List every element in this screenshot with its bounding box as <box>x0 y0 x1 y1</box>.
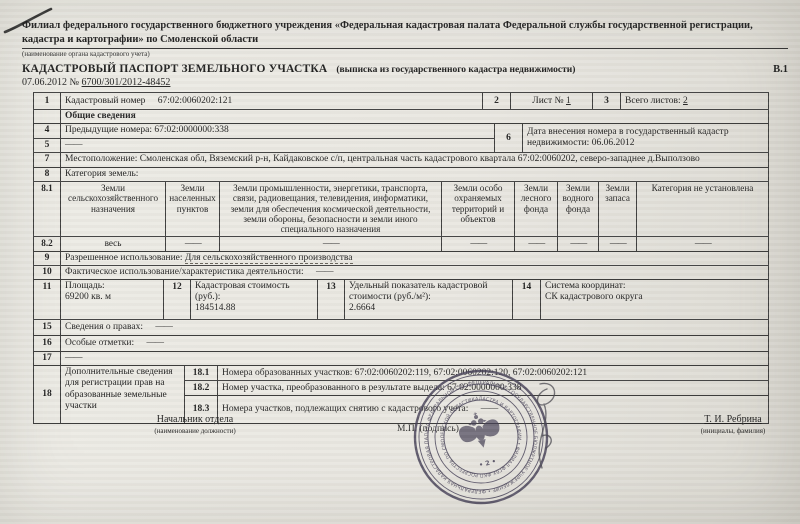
cadastral-number-cell: Кадастровый номер 67:02:0060202:121 <box>61 93 483 110</box>
cadastral-table-rows9-10: 9 Разрешенное использование: Для сельско… <box>33 251 769 280</box>
doc-number: 6700/301/2012-48452 <box>82 77 171 88</box>
row17-number: 17 <box>34 351 61 365</box>
category-val-industry: —— <box>220 236 442 251</box>
category-val-settlements: —— <box>166 236 220 251</box>
row8-number: 8 <box>34 167 61 181</box>
category-val-agricultural: весь <box>61 236 166 251</box>
coordinate-system-label: Система координат: <box>545 281 764 292</box>
row15-number: 15 <box>34 319 61 335</box>
row18-2-number: 18.2 <box>185 381 218 396</box>
land-category-label-cell: Категория земель: <box>61 167 769 181</box>
area-label: Площадь: <box>65 281 159 292</box>
category-val-protected: —— <box>442 236 515 251</box>
special-notes-cell: Особые отметки: —— <box>61 335 769 351</box>
actual-use-value: —— <box>316 267 332 277</box>
row5-empty-cell: —— <box>61 138 495 152</box>
stamp-center-number: • 2 • <box>478 457 497 469</box>
row8-1-number: 8.1 <box>34 182 61 236</box>
actual-use-label: Фактическое использование/характеристика… <box>65 267 304 277</box>
specific-value-label: Удельный показатель кадастровой стоимост… <box>349 281 508 303</box>
category-col-water: Земли водного фонда <box>558 182 599 236</box>
category-val-not-set: —— <box>637 236 769 251</box>
signature-mark <box>520 376 570 476</box>
row2-number-empty <box>34 110 61 124</box>
cadastral-table-rows15-17: 15 Сведения о правах: —— 16 Особые отмет… <box>33 319 769 366</box>
position-title: Начальник отдела <box>128 414 262 425</box>
row13-number: 13 <box>318 279 345 319</box>
sheet-cell: Лист № 1 <box>511 93 593 110</box>
coordinate-system-value: СК кадастрового округа <box>545 292 764 303</box>
cadastral-number-value: 67:02:0060202:121 <box>158 96 232 106</box>
special-notes-value: —— <box>147 338 163 348</box>
eagle-emblem <box>455 408 504 453</box>
total-sheets-cell: Всего листов: 2 <box>621 93 769 110</box>
category-col-industry: Земли промышленности, энергетики, трансп… <box>220 182 442 236</box>
row18-1-number: 18.1 <box>185 366 218 381</box>
specific-value-cell: Удельный показатель кадастровой стоимост… <box>345 279 513 319</box>
row5-number: 5 <box>34 138 61 152</box>
document-page: Филиал федерального государственного бюд… <box>0 0 800 524</box>
row1-number-3: 3 <box>593 93 621 110</box>
rights-info-cell: Сведения о правах: —— <box>61 319 769 335</box>
previous-numbers-cell: Предыдущие номера: 67:02:0000000:338 <box>61 124 495 138</box>
row12-number: 12 <box>164 279 191 319</box>
specific-value-amount: 2.6664 <box>349 303 508 314</box>
row6-number: 6 <box>495 124 523 152</box>
sheet-value: 1 <box>566 96 571 106</box>
category-col-agricultural: Земли сельскохозяйственного назначения <box>61 182 166 236</box>
row16-number: 16 <box>34 335 61 351</box>
registry-date-cell: Дата внесения номера в государственный к… <box>523 124 769 152</box>
total-sheets-value: 2 <box>683 96 688 106</box>
special-notes-label: Особые отметки: <box>65 338 134 348</box>
empty-dash: —— <box>65 140 81 150</box>
signatory-name: Т. И. Ребрина <box>670 414 796 425</box>
org-caption: (наименование органа кадастрового учета) <box>22 50 790 58</box>
row11-number: 11 <box>34 279 61 319</box>
row17-empty-cell: —— <box>61 351 769 365</box>
general-info-heading: Общие сведения <box>61 110 769 124</box>
category-val-forest: —— <box>515 236 558 251</box>
doc-date: 07.06.2012 № <box>22 77 79 88</box>
doc-date-line: 07.06.2012 № 6700/301/2012-48452 <box>22 77 790 88</box>
cadastral-table-row2: Общие сведения <box>33 109 769 124</box>
permitted-use-label: Разрешенное использование: <box>65 253 183 263</box>
cadastral-number-label: Кадастровый номер <box>65 96 145 106</box>
land-category-grid: 8.1 Земли сельскохозяйственного назначен… <box>33 181 769 251</box>
row1-number-2: 2 <box>483 93 511 110</box>
row8-2-number: 8.2 <box>34 236 61 251</box>
permitted-use-cell: Разрешенное использование: Для сельскохо… <box>61 251 769 265</box>
cadastral-table-row1: 1 Кадастровый номер 67:02:0060202:121 2 … <box>33 92 769 110</box>
cadastral-value-label: Кадастровая стоимость (руб.): <box>195 281 313 303</box>
category-val-water: —— <box>558 236 599 251</box>
row1-number: 1 <box>34 93 61 110</box>
cadastral-table-rows7-8: 7 Местоположение: Смоленская обл, Вяземс… <box>33 152 769 182</box>
signature-block: Начальник отдела (наименование должности… <box>0 406 800 516</box>
category-col-forest: Земли лесного фонда <box>515 182 558 236</box>
area-cell: Площадь: 69200 кв. м <box>61 279 164 319</box>
position-block: Начальник отдела (наименование должности… <box>128 414 262 435</box>
row17-dash: —— <box>65 353 81 363</box>
cadastral-table-rows4-6: 4 Предыдущие номера: 67:02:0000000:338 6… <box>33 123 769 152</box>
permitted-use-value: Для сельскохозяйственного производства <box>185 253 353 264</box>
cadastral-table-rows11-14: 11 Площадь: 69200 кв. м 12 Кадастровая с… <box>33 279 769 320</box>
row14-number: 14 <box>513 279 541 319</box>
form-code: В.1 <box>773 64 788 75</box>
rights-info-label: Сведения о правах: <box>65 322 143 332</box>
category-col-not-set: Категория не установлена <box>637 182 769 236</box>
rights-info-value: —— <box>155 322 171 332</box>
category-col-reserve: Земли запаса <box>599 182 637 236</box>
sheet-label: Лист № <box>532 96 563 106</box>
row9-number: 9 <box>34 251 61 265</box>
org-name: Филиал федерального государственного бюд… <box>22 19 788 49</box>
doc-subtitle: (выписка из государственного кадастра не… <box>336 65 575 75</box>
signatory-caption: (инициалы, фамилия) <box>670 427 796 435</box>
category-col-protected: Земли особо охраняемых территорий и объе… <box>442 182 515 236</box>
area-value: 69200 кв. м <box>65 292 159 303</box>
category-col-settlements: Земли населенных пунктов <box>166 182 220 236</box>
cadastral-value-amount: 184514.88 <box>195 303 313 314</box>
actual-use-cell: Фактическое использование/характеристика… <box>61 265 769 279</box>
document-header: Филиал федерального государственного бюд… <box>0 0 800 88</box>
signatory-block: Т. И. Ребрина (инициалы, фамилия) <box>670 414 796 435</box>
position-caption: (наименование должности) <box>128 427 262 435</box>
category-val-reserve: —— <box>599 236 637 251</box>
row4-number: 4 <box>34 124 61 138</box>
cadastral-value-cell: Кадастровая стоимость (руб.): 184514.88 <box>191 279 318 319</box>
total-sheets-label: Всего листов: <box>625 96 681 106</box>
org-name-line1: Филиал федерального государственного бюд… <box>22 20 753 31</box>
doc-title: КАДАСТРОВЫЙ ПАСПОРТ ЗЕМЕЛЬНОГО УЧАСТКА <box>22 63 327 75</box>
coordinate-system-cell: Система координат: СК кадастрового округ… <box>541 279 769 319</box>
row7-number: 7 <box>34 152 61 167</box>
org-name-line2: кадастра и картографии» по Смоленской об… <box>22 34 258 45</box>
location-cell: Местоположение: Смоленская обл, Вяземски… <box>61 152 769 167</box>
row10-number: 10 <box>34 265 61 279</box>
